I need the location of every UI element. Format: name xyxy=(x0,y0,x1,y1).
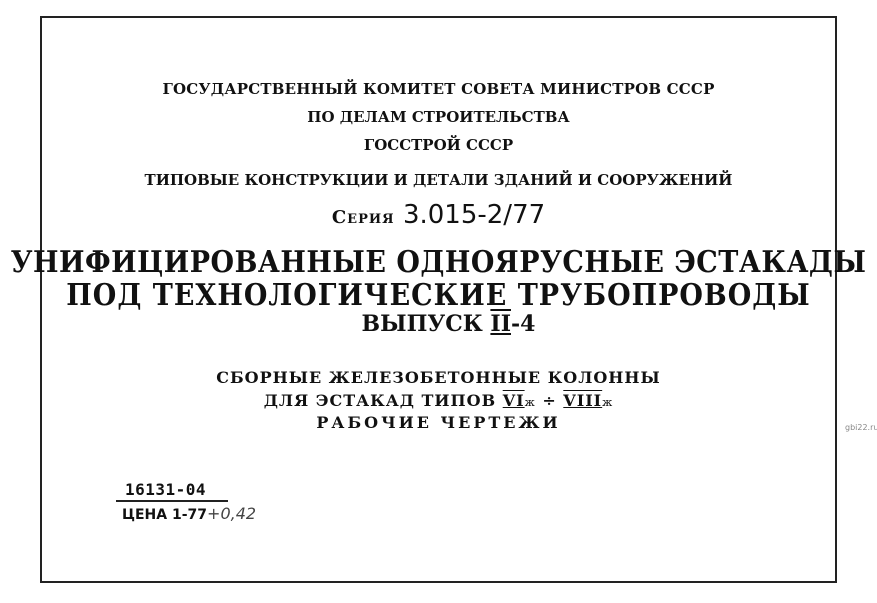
type-from-suffix: ж xyxy=(525,396,536,409)
document-code: 16131-04 xyxy=(125,480,206,499)
series-line: Серия 3.015-2/77 xyxy=(0,200,877,230)
header-department: ПО ДЕЛАМ СТРОИТЕЛЬСТВА xyxy=(0,108,877,126)
series-label: Серия xyxy=(332,207,395,228)
title-line-1: УНИФИЦИРОВАННЫЕ ОДНОЯРУСНЫЕ ЭСТАКАДЫ xyxy=(0,245,877,279)
header-category: ТИПОВЫЕ КОНСТРУКЦИИ И ДЕТАЛИ ЗДАНИЙ И СО… xyxy=(0,171,877,189)
subtitle-prefix: ДЛЯ ЭСТАКАД ТИПОВ xyxy=(264,391,496,410)
type-from: VI xyxy=(503,391,525,410)
subtitle-line-3: РАБОЧИЕ ЧЕРТЕЖИ xyxy=(0,413,877,432)
type-separator: ÷ xyxy=(542,391,556,410)
header-committee: ГОСУДАРСТВЕННЫЙ КОМИТЕТ СОВЕТА МИНИСТРОВ… xyxy=(0,80,877,98)
issue-number: -4 xyxy=(511,311,535,337)
price-value: 1-77 xyxy=(172,507,207,523)
subtitle-line-2: ДЛЯ ЭСТАКАД ТИПОВ VIж ÷ VIIIж xyxy=(0,391,877,410)
type-to: VIII xyxy=(563,391,602,410)
subtitle-line-1: СБОРНЫЕ ЖЕЛЕЗОБЕТОННЫЕ КОЛОННЫ xyxy=(0,368,877,387)
title-line-2: ПОД ТЕХНОЛОГИЧЕСКИЕ ТРУБОПРОВОДЫ xyxy=(0,278,877,312)
issue-roman: II xyxy=(490,311,511,337)
price-line: ЦЕНА 1-77+0,42 xyxy=(122,504,256,523)
type-to-suffix: ж xyxy=(602,396,613,409)
watermark: gbi22.ru xyxy=(845,423,877,432)
price-handwritten: +0,42 xyxy=(207,504,256,523)
price-label: ЦЕНА xyxy=(122,507,167,523)
issue-line: ВЫПУСК II-4 xyxy=(0,311,877,337)
header-gosstroy: ГОССТРОЙ СССР xyxy=(0,136,877,154)
series-number: 3.015-2/77 xyxy=(403,200,545,230)
code-divider xyxy=(116,500,228,502)
issue-label: ВЫПУСК xyxy=(362,311,483,337)
